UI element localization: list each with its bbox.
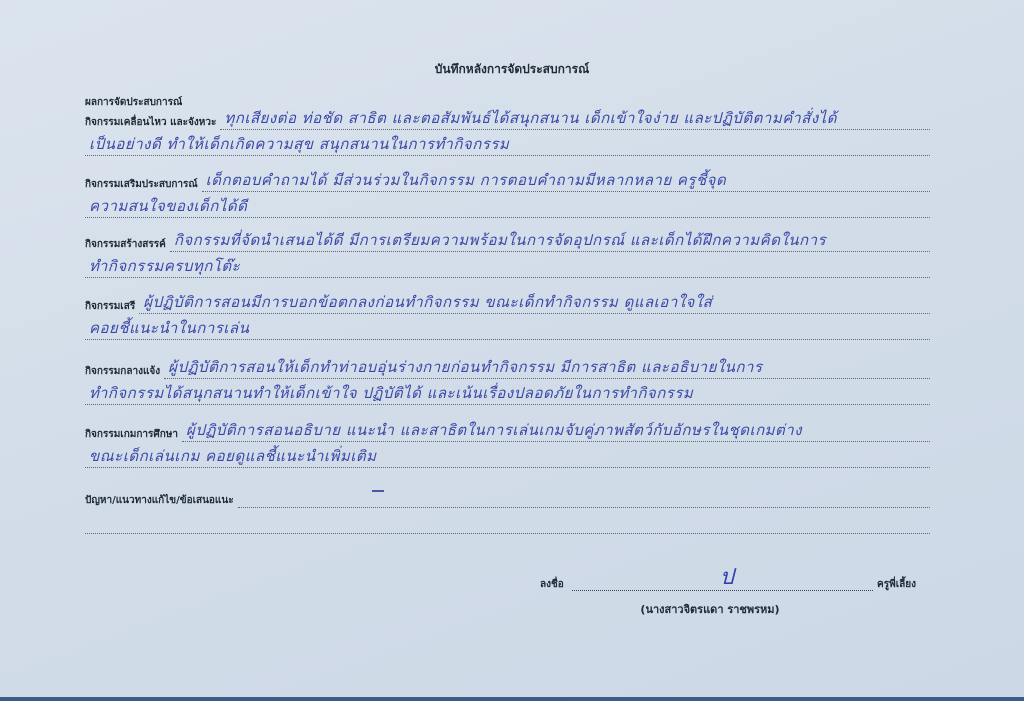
answer-line: เด็กตอบคำถามได้ มีส่วนร่วมในกิจกรรม การต… bbox=[202, 168, 930, 194]
field-label: กิจกรรมเกมการศึกษา bbox=[85, 427, 178, 444]
handwritten-text: คอยชี้แนะนำในการเล่น bbox=[89, 316, 930, 340]
handwritten-text: เด็กตอบคำถามได้ มีส่วนร่วมในกิจกรรม การต… bbox=[206, 168, 930, 192]
field-outdoor: กิจกรรมกลางแจ้ง ผู้ปฏิบัติการสอนให้เด็กท… bbox=[85, 355, 930, 407]
table-edge bbox=[0, 697, 1024, 701]
signature-block: ลงชื่อ ป ครูพี่เลี้ยง (นางสาวจิตรแดา ราช… bbox=[540, 572, 920, 618]
form-paper: บันทึกหลังการจัดประสบการณ์ ผลการจัดประสบ… bbox=[0, 0, 1024, 701]
answer-line: ผู้ปฏิบัติการสอนอธิบาย แนะนำ และสาธิตในก… bbox=[182, 418, 930, 444]
field-educational-games: กิจกรรมเกมการศึกษา ผู้ปฏิบัติการสอนอธิบา… bbox=[85, 418, 930, 470]
answer-line: เป็นอย่างดี ทำให้เด็กเกิดความสุข สนุกสนา… bbox=[85, 132, 930, 158]
handwritten-text: กิจกรรมที่จัดนำเสนอได้ดี มีการเตรียมความ… bbox=[174, 228, 930, 252]
handwritten-text: ผู้ปฏิบัติการสอนมีการบอกข้อตกลงก่อนทำกิจ… bbox=[143, 290, 930, 314]
answer-line: คอยชี้แนะนำในการเล่น bbox=[85, 316, 930, 342]
field-label: กิจกรรมเสรี bbox=[85, 299, 135, 316]
form-title: บันทึกหลังการจัดประสบการณ์ bbox=[0, 60, 1024, 79]
handwritten-text: ทำกิจกรรมได้สนุกสนานทำให้เด็กเข้าใจ ปฏิบ… bbox=[89, 381, 930, 405]
answer-line bbox=[85, 510, 930, 536]
answer-line: ทำกิจกรรมได้สนุกสนานทำให้เด็กเข้าใจ ปฏิบ… bbox=[85, 381, 930, 407]
handwritten-text: ขณะเด็กเล่นเกม คอยดูแลชี้แนะนำเพิ่มเติม bbox=[89, 444, 930, 468]
handwritten-text: ทำกิจกรรมครบทุกโต๊ะ bbox=[89, 254, 930, 278]
handwritten-text: ทุกเสียงต่อ ท่อชัด สาธิต และตอสัมพันธ์ได… bbox=[224, 106, 930, 130]
handwritten-text: ผู้ปฏิบัติการสอนอธิบาย แนะนำ และสาธิตในก… bbox=[186, 418, 930, 442]
answer-line: ผู้ปฏิบัติการสอนมีการบอกข้อตกลงก่อนทำกิจ… bbox=[139, 290, 930, 316]
answer-line bbox=[238, 484, 930, 510]
handwritten-text: เป็นอย่างดี ทำให้เด็กเกิดความสุข สนุกสนา… bbox=[89, 132, 930, 156]
field-free-play: กิจกรรมเสรี ผู้ปฏิบัติการสอนมีการบอกข้อต… bbox=[85, 290, 930, 342]
answer-line: กิจกรรมที่จัดนำเสนอได้ดี มีการเตรียมความ… bbox=[170, 228, 930, 254]
field-label: กิจกรรมเคลื่อนไหว และจังหวะ bbox=[85, 115, 216, 132]
field-label: ปัญหา/แนวทางแก้ไข/ข้อเสนอแนะ bbox=[85, 493, 234, 510]
signer-name: (นางสาวจิตรแดา ราชพรหม) bbox=[540, 600, 920, 618]
field-label: กิจกรรมเสริมประสบการณ์ bbox=[85, 177, 198, 194]
answer-line: ทำกิจกรรมครบทุกโต๊ะ bbox=[85, 254, 930, 280]
handwritten-text: ผู้ปฏิบัติการสอนให้เด็กทำท่าอบอุ่นร่างกา… bbox=[168, 355, 930, 379]
signature-line: ป bbox=[572, 572, 873, 594]
field-label: กิจกรรมกลางแจ้ง bbox=[85, 364, 160, 381]
answer-line: ความสนใจของเด็กได้ดี bbox=[85, 194, 930, 220]
answer-line: ขณะเด็กเล่นเกม คอยดูแลชี้แนะนำเพิ่มเติม bbox=[85, 444, 930, 470]
handwritten-text: ความสนใจของเด็กได้ดี bbox=[89, 194, 930, 218]
answer-line: ผู้ปฏิบัติการสอนให้เด็กทำท่าอบอุ่นร่างกา… bbox=[164, 355, 930, 381]
field-creative: กิจกรรมสร้างสรรค์ กิจกรรมที่จัดนำเสนอได้… bbox=[85, 228, 930, 280]
signature-mark: ป bbox=[720, 559, 734, 594]
sign-label: ลงชื่อ bbox=[540, 577, 564, 594]
field-label: กิจกรรมสร้างสรรค์ bbox=[85, 237, 166, 254]
field-experience-enrichment: กิจกรรมเสริมประสบการณ์ เด็กตอบคำถามได้ ม… bbox=[85, 168, 930, 220]
field-problems-suggestions: ปัญหา/แนวทางแก้ไข/ข้อเสนอแนะ bbox=[85, 484, 930, 536]
answer-line: ทุกเสียงต่อ ท่อชัด สาธิต และตอสัมพันธ์ได… bbox=[220, 106, 930, 132]
field-movement-rhythm: กิจกรรมเคลื่อนไหว และจังหวะ ทุกเสียงต่อ … bbox=[85, 106, 930, 158]
signer-role: ครูพี่เลี้ยง bbox=[877, 577, 916, 594]
